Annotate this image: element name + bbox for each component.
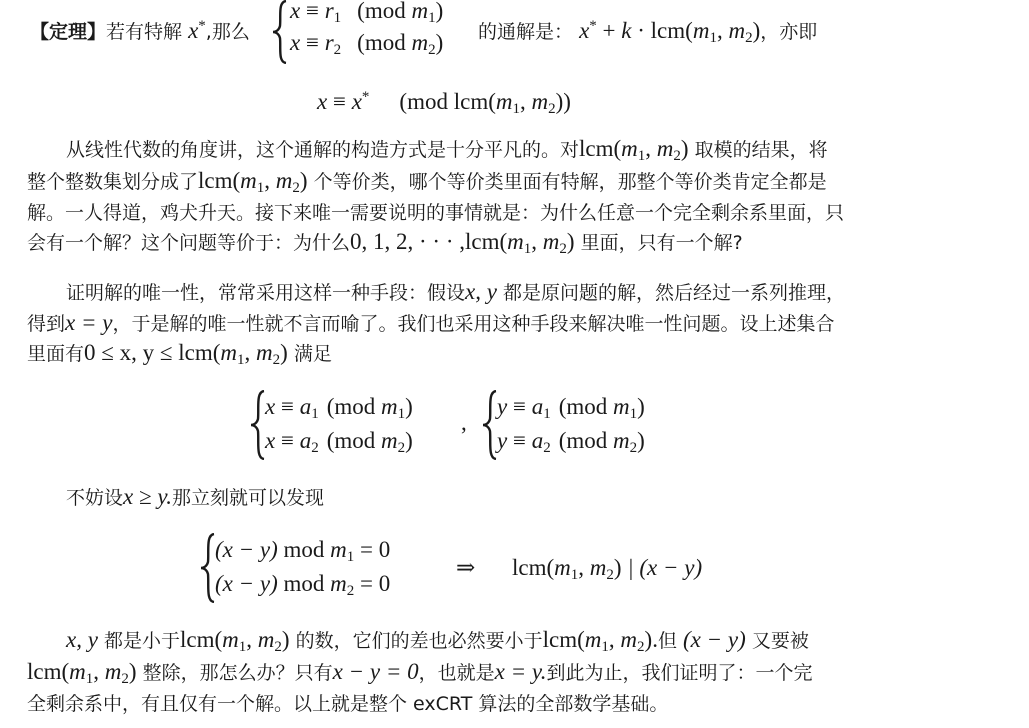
x-congruence-row-1: x ≡ a1(mod m1) <box>265 390 413 424</box>
para1-line4: 会有一个解？这个问题等价于：为什么0, 1, 2, · · · ,lcm(m1,… <box>27 227 743 257</box>
congruence-row-1: x ≡ r1(mod m1) <box>290 0 443 28</box>
left-brace-icon <box>272 0 286 64</box>
para4-line3: 全剩余系中，有且仅有一个解。以上就是整个 exCRT 算法的全部数学基础。 <box>27 689 668 719</box>
para1-line1: 从线性代数的角度讲，这个通解的构造方式是十分平凡的。对lcm(m1, m2) 取… <box>66 134 828 164</box>
then-text: ,那么 <box>206 21 250 43</box>
general-solution-text: 的通解是： <box>478 21 573 43</box>
display-equation-1: x ≡ x*(mod lcm(m1, m2)) <box>317 82 571 112</box>
x-congruence-system: x ≡ a1(mod m1) x ≡ a2(mod m2) <box>250 390 460 460</box>
left-brace-icon <box>200 533 214 603</box>
implies-arrow-icon: ⇒ <box>456 553 475 583</box>
difference-row-1: (x − y) mod m1 = 0 <box>215 533 390 567</box>
left-brace-icon <box>482 390 496 460</box>
para4-line2: lcm(m1, m2) 整除，那怎么办？只有x − y = 0，也就是x = y… <box>27 657 813 687</box>
system-separator: , <box>461 408 467 438</box>
general-solution-formula: x* + k · lcm(m1, m2) <box>579 18 760 43</box>
para2-line3: 里面有0 ≤ x, y ≤ lcm(m1, m2) 满足 <box>27 338 332 368</box>
left-brace-icon <box>250 390 264 460</box>
para3-line: 不妨设x ≥ y.那立刻就可以发现 <box>66 482 324 512</box>
para1-line2: 整个整数集划分成了lcm(m1, m2) 个等价类，哪个等价类里面有特解，那整个… <box>27 166 827 196</box>
para4-line1: x, y 都是小于lcm(m1, m2) 的数，它们的差也必然要小于lcm(m1… <box>66 625 809 655</box>
y-congruence-row-1: y ≡ a1(mod m1) <box>497 390 645 424</box>
tail-text: ，亦即 <box>760 21 817 43</box>
y-congruence-system: y ≡ a1(mod m1) y ≡ a2(mod m2) <box>482 390 692 460</box>
difference-row-2: (x − y) mod m2 = 0 <box>215 567 390 601</box>
para2-line2: 得到x = y，于是解的唯一性就不言而喻了。我们也采用这种手段来解决唯一性问题。… <box>27 308 834 338</box>
theorem-intro: 若有特解 <box>106 21 182 43</box>
general-solution-line: 的通解是： x* + k · lcm(m1, m2)，亦即 <box>478 11 817 41</box>
theorem-line: 【定理】若有特解 x*,那么 <box>30 11 250 41</box>
theorem-label: 【定理】 <box>30 21 106 43</box>
x-congruence-row-2: x ≡ a2(mod m2) <box>265 424 413 458</box>
para1-line3: 解。一人得道，鸡犬升天。接下来唯一需要说明的事情就是：为什么任意一个完全剩余系里… <box>27 198 844 228</box>
divisibility-result: lcm(m1, m2) | (x − y) <box>512 553 702 583</box>
congruence-row-2: x ≡ r2(mod m2) <box>290 26 443 60</box>
difference-system: (x − y) mod m1 = 0 (x − y) mod m2 = 0 <box>200 533 440 603</box>
particular-solution: x* <box>188 18 206 43</box>
y-congruence-row-2: y ≡ a2(mod m2) <box>497 424 645 458</box>
theorem-congruence-system: x ≡ r1(mod m1) x ≡ r2(mod m2) <box>272 0 482 64</box>
para2-line1: 证明解的唯一性，常常采用这样一种手段：假设x, y 都是原问题的解，然后经过一系… <box>66 277 845 307</box>
